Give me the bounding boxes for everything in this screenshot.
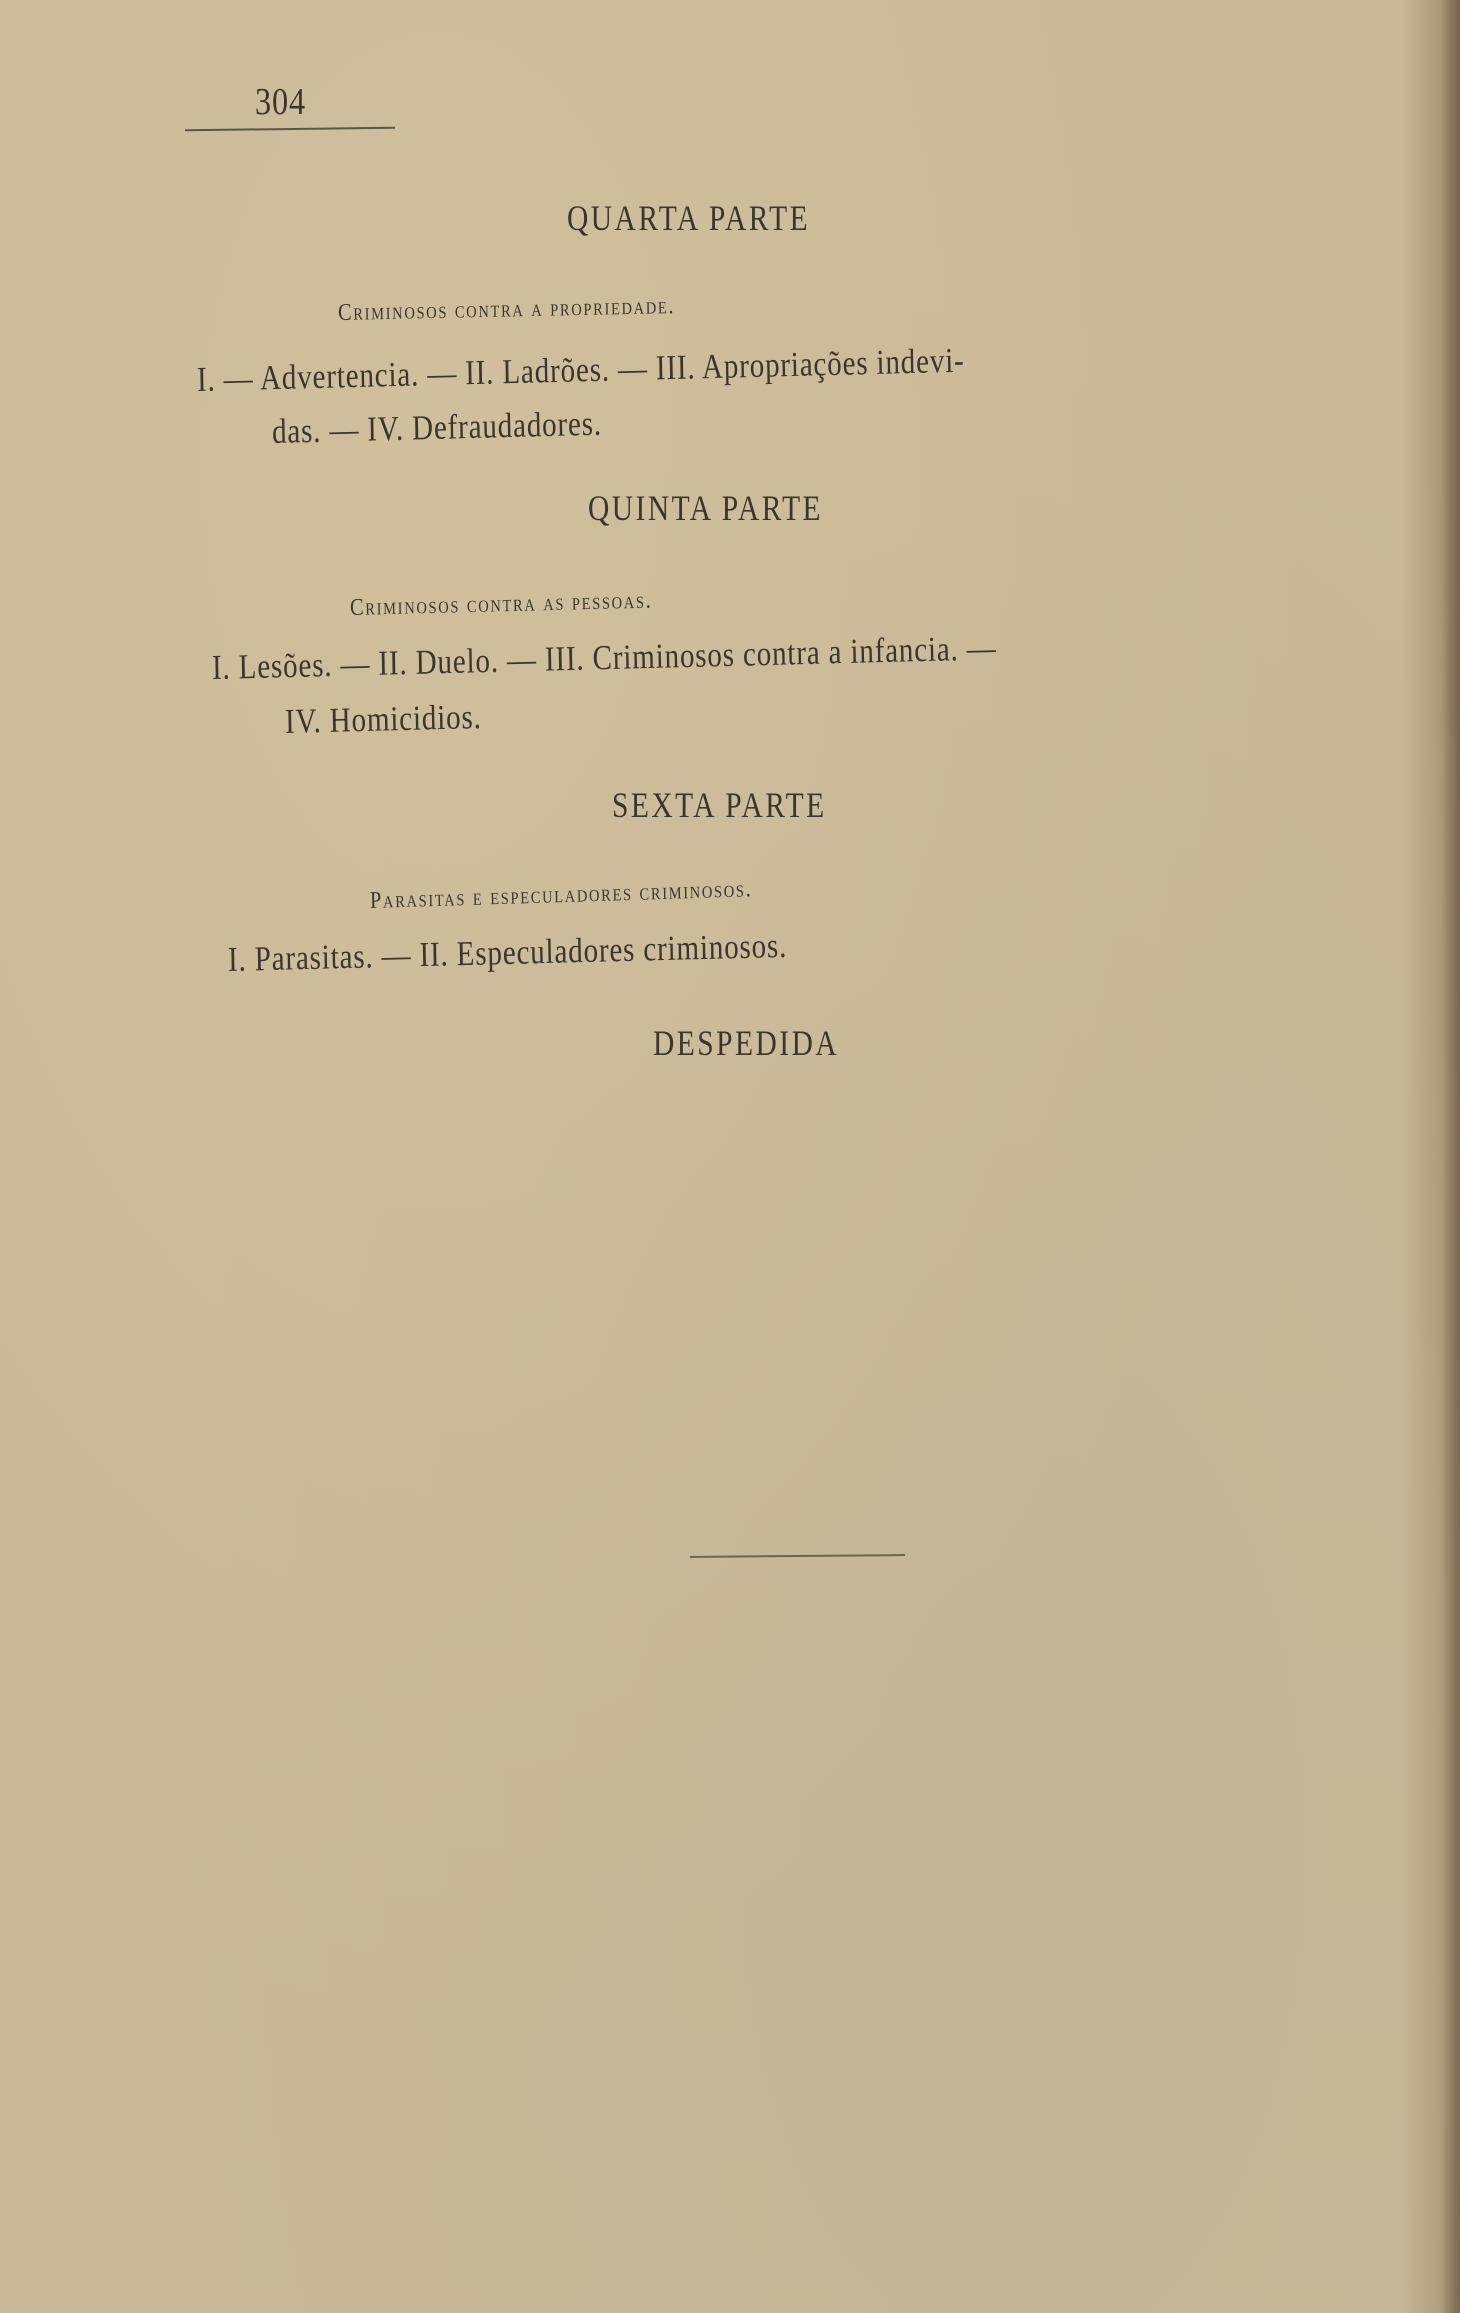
closing-rule — [690, 1554, 905, 1558]
subheading-pessoas: Criminosos contra as pessoas. — [350, 588, 653, 622]
page-spine-shadow — [1442, 0, 1460, 2313]
part-heading-sexta: SEXTA PARTE — [612, 784, 827, 826]
part-heading-quarta: QUARTA PARTE — [567, 197, 810, 239]
page-number: 304 — [255, 80, 306, 124]
book-page: 304 QUARTA PARTE Criminosos contra a pro… — [0, 0, 1460, 2313]
part-heading-despedida: DESPEDIDA — [653, 1022, 839, 1064]
subheading-propriedade: Criminosos contra a propriedade. — [338, 293, 676, 327]
contents-line: I. Lesões. — II. Duelo. — III. Criminoso… — [212, 628, 997, 688]
part-heading-quinta: QUINTA PARTE — [588, 487, 823, 529]
header-rule — [185, 127, 395, 132]
subheading-parasitas: Parasitas e especuladores criminosos. — [370, 876, 753, 915]
contents-line: I. — Advertencia. — II. Ladrões. — III. … — [197, 341, 965, 400]
contents-line: I. Parasitas. — II. Especuladores crimin… — [228, 926, 788, 980]
contents-line: das. — IV. Defraudadores. — [272, 404, 603, 452]
contents-line: IV. Homicidios. — [285, 697, 482, 742]
